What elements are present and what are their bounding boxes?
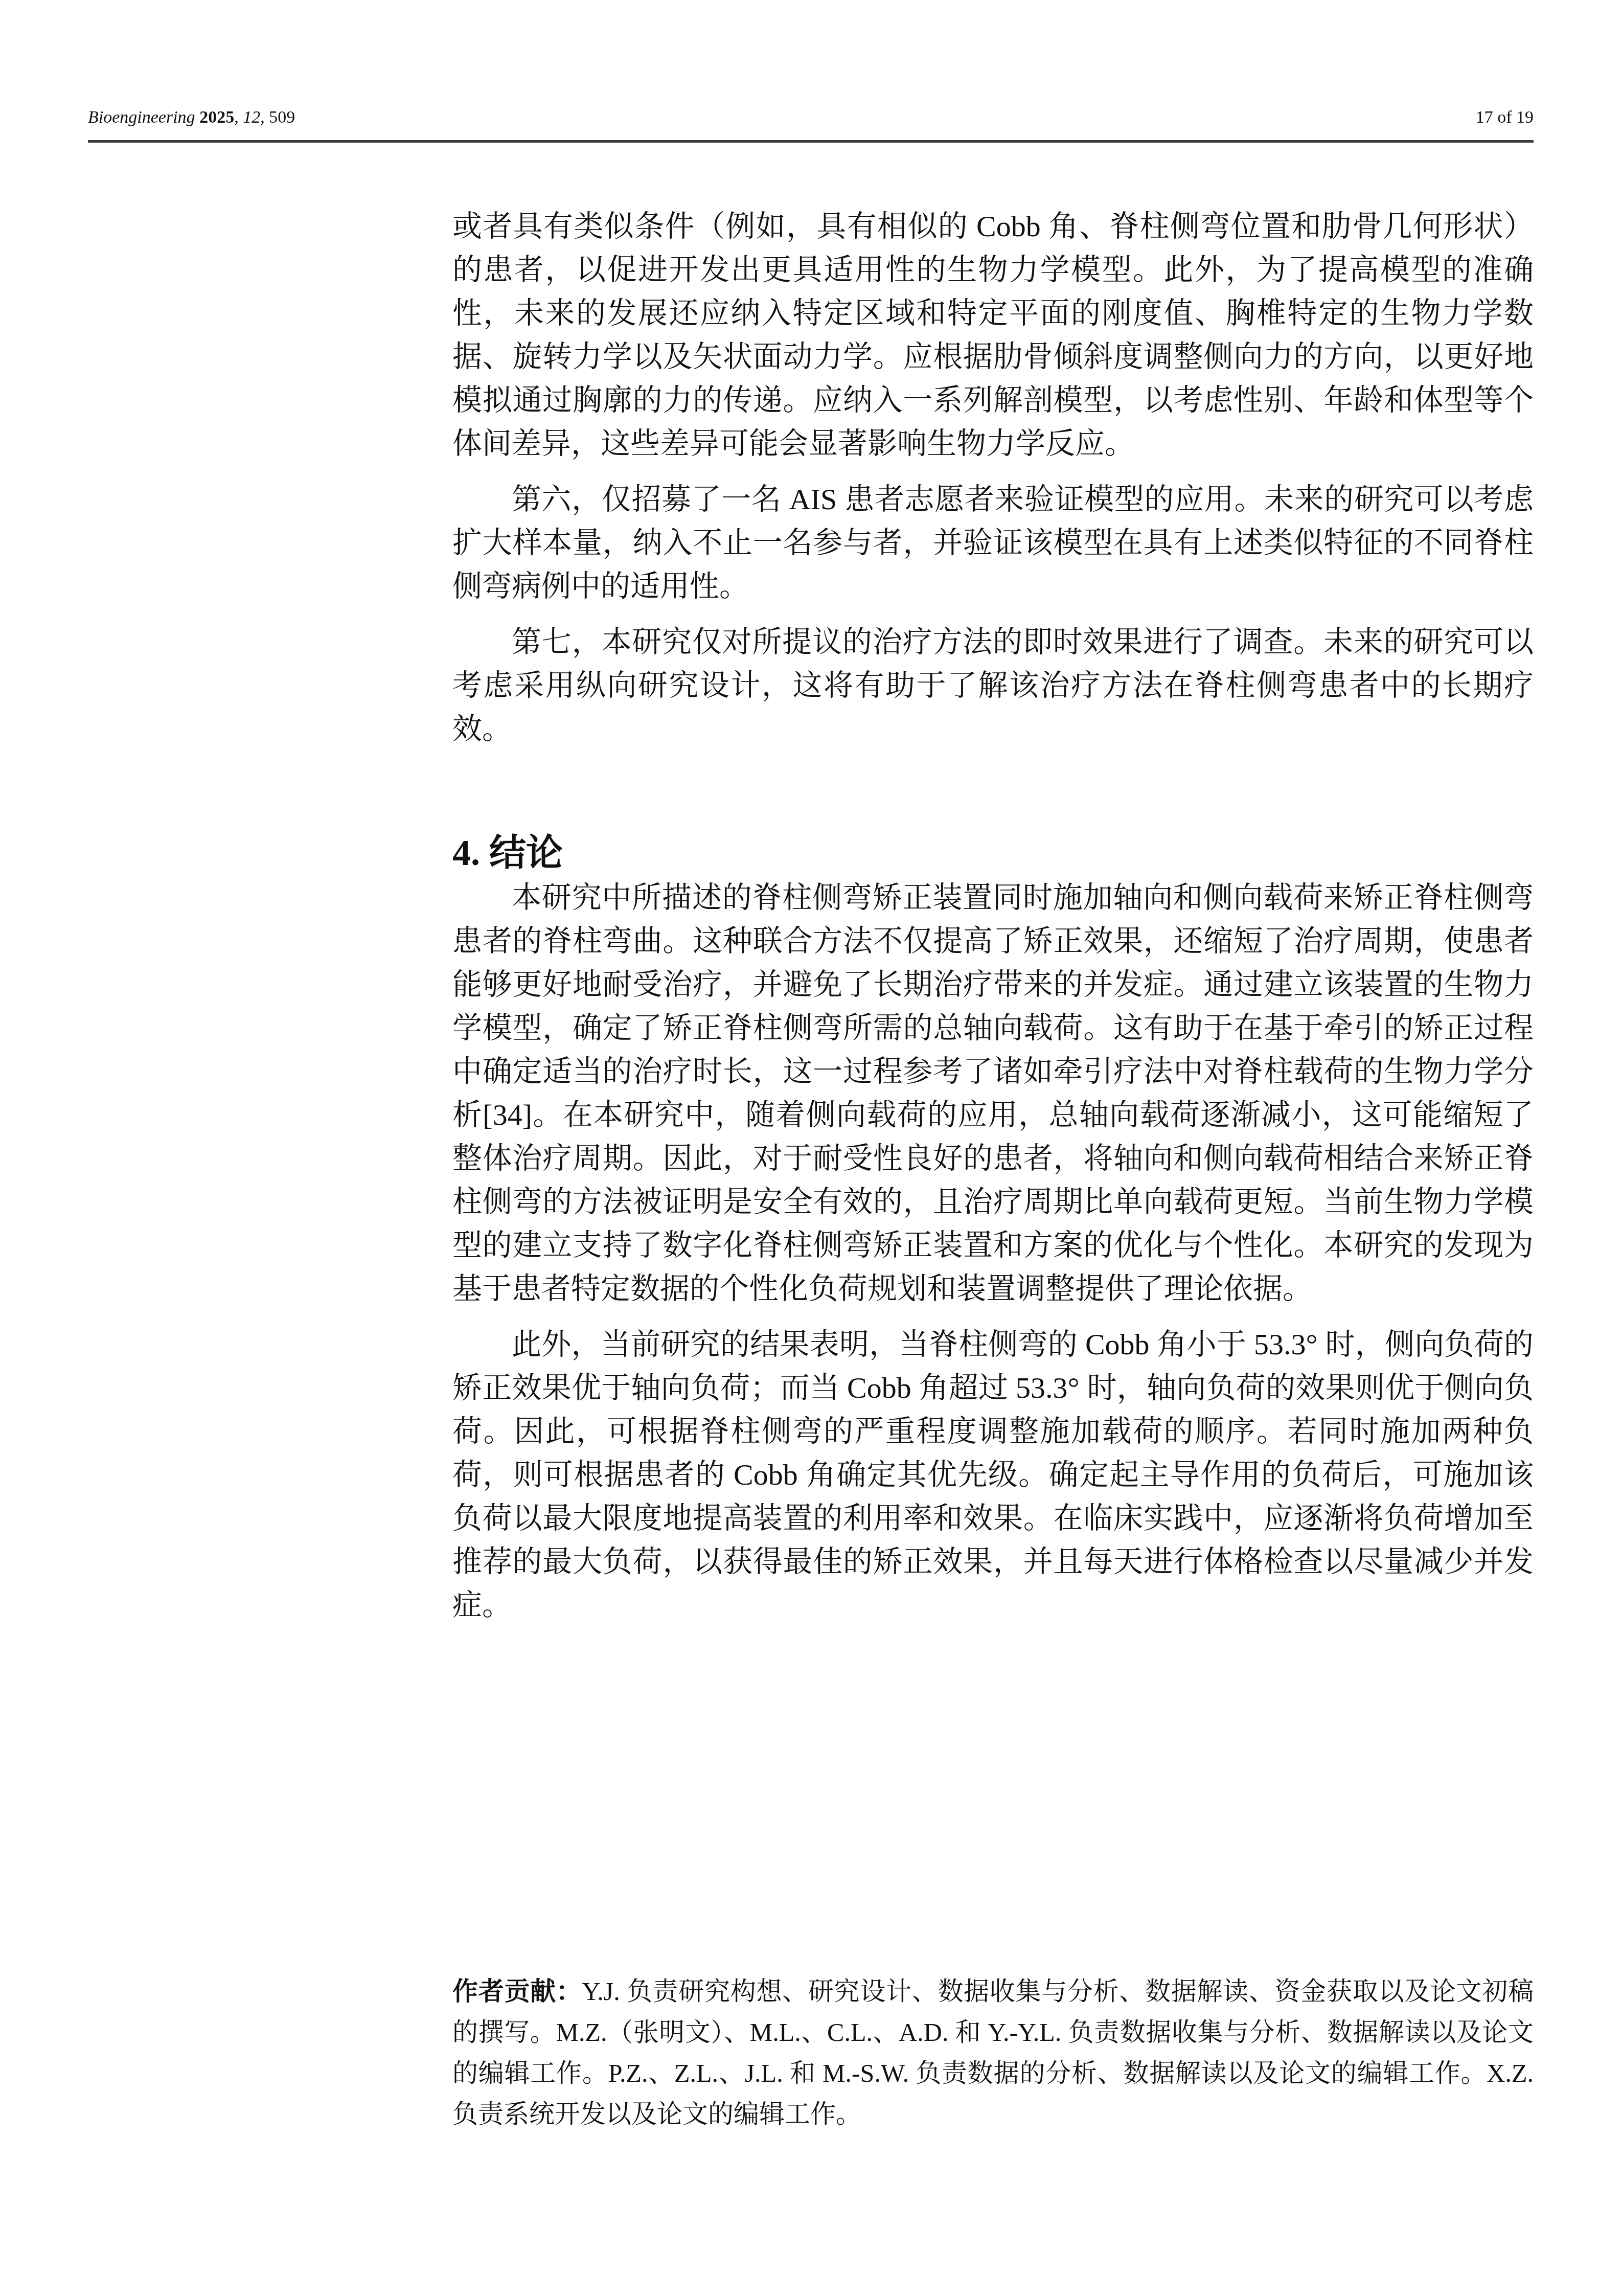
separator: ,: [260, 108, 269, 127]
author-contributions-label: 作者贡献：: [452, 1977, 582, 2006]
running-header: Bioengineering 2025, 12, 509 17 of 19: [88, 105, 1534, 130]
author-contributions: 作者贡献：Y.J. 负责研究构想、研究设计、数据收集与分析、数据解读、资金获取以…: [452, 1971, 1534, 2134]
page-number: 17 of 19: [1476, 105, 1534, 130]
paragraph-sixth-limitation: 第六，仅招募了一名 AIS 患者志愿者来验证模型的应用。未来的研究可以考虑扩大样…: [452, 478, 1534, 608]
paragraph-seventh-limitation: 第七，本研究仅对所提议的治疗方法的即时效果进行了调查。未来的研究可以考虑采用纵向…: [452, 620, 1534, 751]
main-content: 或者具有类似条件（例如，具有相似的 Cobb 角、脊柱侧弯位置和肋骨几何形状）的…: [452, 204, 1534, 1639]
citation: Bioengineering 2025, 12, 509: [88, 105, 295, 130]
journal-name: Bioengineering: [88, 108, 195, 127]
journal-year: 2025: [199, 108, 234, 127]
separator: ,: [234, 108, 243, 127]
section-title-conclusion: 4. 结论: [452, 830, 1534, 876]
header-rule: [88, 140, 1534, 143]
journal-volume: 12: [243, 108, 260, 127]
conclusion-paragraph-2: 此外，当前研究的结果表明，当脊柱侧弯的 Cobb 角小于 53.3° 时，侧向负…: [452, 1323, 1534, 1627]
paragraph-continued: 或者具有类似条件（例如，具有相似的 Cobb 角、脊柱侧弯位置和肋骨几何形状）的…: [452, 204, 1534, 465]
conclusion-paragraph-1: 本研究中所描述的脊柱侧弯矫正装置同时施加轴向和侧向载荷来矫正脊柱侧弯患者的脊柱弯…: [452, 876, 1534, 1310]
article-number: 509: [269, 108, 295, 127]
author-contributions-text: Y.J. 负责研究构想、研究设计、数据收集与分析、数据解读、资金获取以及论文初稿…: [452, 1977, 1534, 2128]
